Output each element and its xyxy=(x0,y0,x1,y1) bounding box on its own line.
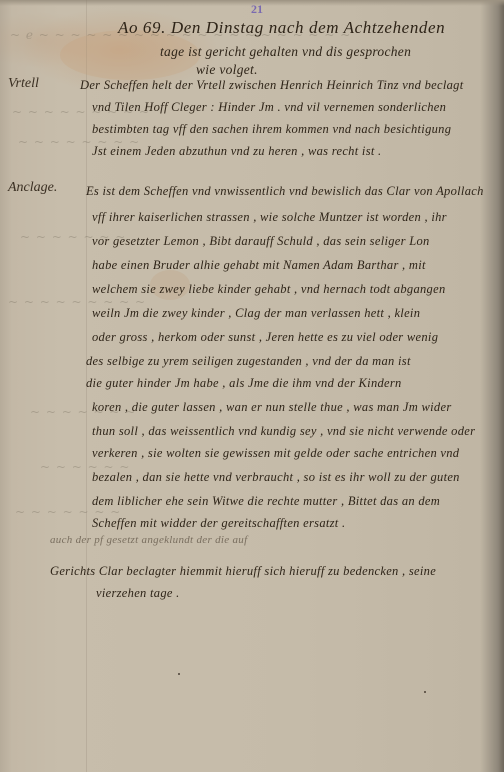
margin-label-anclage: Anclage. xyxy=(8,180,57,196)
closing-line-2: vierzehen tage . xyxy=(96,586,180,601)
bleed-through-line: auch der pf gesetzt angeklundt der die a… xyxy=(50,534,247,546)
text-line: habe einen Bruder alhie gehabt mit Namen… xyxy=(92,258,426,273)
folio-number: 21 xyxy=(251,2,263,17)
text-line: welchem sie zwey liebe kinder gehabt , v… xyxy=(92,282,446,297)
text-line: verkeren , sie wolten sie gewissen mit g… xyxy=(92,446,459,461)
text-line: Es ist dem Scheffen vnd vnwissentlich vn… xyxy=(86,184,484,199)
text-line: dem liblicher ehe sein Witwe die rechte … xyxy=(92,494,440,509)
heading-line-1: Ao 69. Den Dinstag nach dem Achtzehenden xyxy=(118,18,445,38)
text-line: koren , die guter lassen , wan er nun st… xyxy=(92,400,451,415)
text-line: bezalen , dan sie hette vnd verbraucht ,… xyxy=(92,470,460,485)
text-line: vnd Tilen Hoff Cleger : Hinder Jm . vnd … xyxy=(92,100,446,115)
text-line: thun soll , das weissentlich vnd kundig … xyxy=(92,424,475,439)
text-line: Scheffen mit widder der gereitschafften … xyxy=(92,516,345,531)
text-line: vor gesetzter Lemon , Bibt darauff Schul… xyxy=(92,234,430,249)
text-line: die guter hinder Jm habe , als Jme die i… xyxy=(86,376,402,391)
closing-line-1: Gerichts Clar beclagter hiemmit hieruff … xyxy=(50,564,436,579)
margin-label-vrtell: Vrtell xyxy=(8,76,39,92)
text-line: Jst einem Jeden abzuthun vnd zu heren , … xyxy=(92,144,381,159)
manuscript-page: ~ e ~ ~ ~ ~ ~ ~ ~ ~ ~ ~ ~ ~ ~ ~ ~ ~ ~ ~ … xyxy=(0,0,504,772)
heading-line-3: wie volget. xyxy=(196,62,258,78)
ink-speck xyxy=(178,673,180,675)
text-line: weiln Jm die zwey kinder , Clag der man … xyxy=(92,306,420,321)
text-line: bestimbten tag vff den sachen ihrem komm… xyxy=(92,122,451,137)
text-line: vff ihrer kaiserlichen strassen , wie so… xyxy=(92,210,447,225)
text-line: oder gross , herkom oder sunst , Jeren h… xyxy=(92,330,438,345)
text-line: Der Scheffen helt der Vrtell zwischen He… xyxy=(80,78,464,93)
text-line: des selbige zu yrem seiligen zugestanden… xyxy=(86,354,411,369)
ink-speck xyxy=(424,691,426,693)
heading-line-2: tage ist gericht gehalten vnd dis gespro… xyxy=(160,44,411,60)
